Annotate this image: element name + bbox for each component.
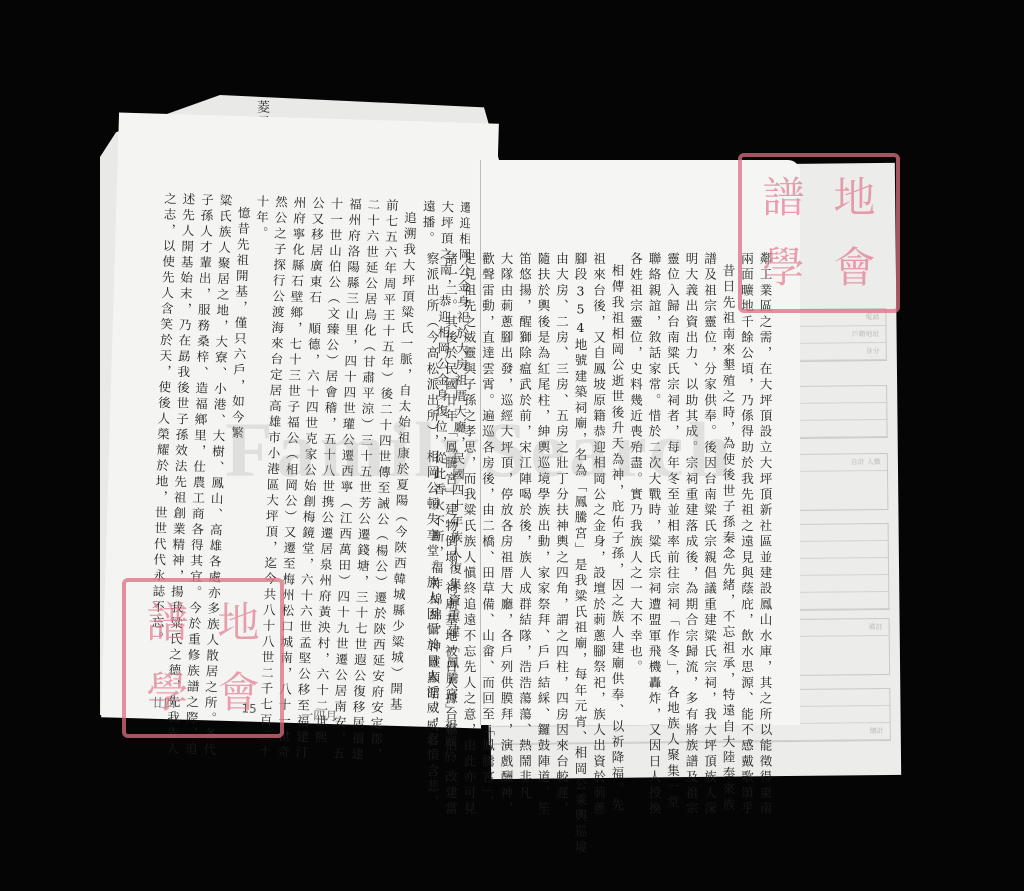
right-page-text: 鄰工業區之需，在大坪頂設立大坪頂新社區並建設鳳山水庫，其之所以能徵得東南兩面曠地… [423,252,775,856]
seal-char: 學 [748,233,819,303]
seal-stamp: 譜 地 學 會 [122,578,284,738]
form-row [796,524,888,542]
text-column: 諸一二。其後於民國廿年「鳳騰宮」建物倒塌，祠廟基地被日人據台竊佔，改建當 [441,252,460,856]
text-column: 靈位入歸台南粱氏宗祠者，每年冬至並相率前往宗祠「作冬」，各地族人聚集一堂 [663,252,682,856]
text-column: 祖來台後，又自鳳坡原籍恭迎相岡公之金身，設壇於莿蔥腳祭祀，族人出資於莿蔥 [589,252,608,856]
form-row: 備註 [797,619,889,637]
form-box-2 [793,385,888,439]
seal-char: 譜 [132,588,203,658]
text-column: 腳段354地號建築祠廟，名為「鳳騰宮」是我粱氏祖廟，每年元宵、相岡公乘輿巡境 [571,252,590,856]
text-column: 譜及祖宗靈位，分家供奉。後因台南粱氏宗親倡議重建粱氏宗祠，我大坪頂族人深 [700,252,719,856]
text-column: 察派出所（今高松派出所），相岡公頓失享堂。族人因懾於日人淫威，忍憤含悲， [423,252,442,856]
seal-stamp: 譜 地 學 會 [738,153,900,313]
form-row [794,420,886,438]
text-column: 笛悠揚，醒獅除瘟武於前，宋江陣喝於後，族人成群結隊，浩浩蕩蕩、熱鬧非凡 [515,252,534,856]
form-box-5: 備註 [796,618,891,676]
form-row [796,575,888,593]
form-row [794,386,886,404]
text-column: 相傳我祖相岡公逝世後升天為神，庇佑子孫，因之族人建廟供奉、以祈降福。先 [608,252,627,856]
text-column: 隨扶於輿後是為紅尾柱，紳輿巡境學族出動，家家祭拜、戶戶結綵、鑼鼓陣道、笙 [534,252,553,856]
seal-char: 譜 [748,163,819,233]
text-column: 兩面曠地千餘公頃，乃係得助於我先祖之遠見與蔭庇，飲水思源、能不感戴歌頌乎 [737,252,756,856]
text-column: 大隊由莿蔥腳出發，巡經大坪頂，停放各房祖厝大廳，各戶列供膜拜，演戲酬神， [497,252,516,856]
seal-char: 學 [132,658,203,728]
watermark: FamilySearch [225,405,735,495]
seal-char: 會 [203,658,274,728]
form-row: 戶籍地址 [785,326,885,344]
form-row: 合計 人數 [795,454,887,472]
form-row [796,558,888,576]
form-box-4 [795,523,890,611]
text-column: 明大義出資出力、以助其成。宗祠重建落成後，為期合宗歸流，多有將族譜及祖宗 [682,252,701,856]
text-column: 足見祖先之威靈與子孫之孝思，而我粱氏族人愼終追遠不忘先人之意，由此亦可見 [460,252,479,856]
form-row [796,541,888,559]
seal-char: 地 [819,163,890,233]
form-row: 身分 [786,343,886,361]
text-column: 聯絡親誼，敘話家常。惜於二次大戰時，粱氏宗祠遭盟軍飛機轟炸，又因日人授換 [645,252,664,856]
form-row [794,403,886,421]
seal-char: 地 [203,588,274,658]
pencil-page-mark: 一四月 [301,706,338,724]
text-column: 鄰工業區之需，在大坪頂設立大坪頂新社區並建設鳳山水庫，其之所以能徵得東南 [756,252,775,856]
seal-char: 會 [819,233,890,303]
form-row [796,592,888,610]
text-column: 歡聲雷動，直達雲霄。遍巡各房後，由二橋、田草備、山畲、而回至「鳳騰宮」， [478,252,497,856]
text-column: 昔日先祖南來墾殖之時，為使後世子孫秦念先緒，不忘祖承，特遠自大陸奉來族 [719,252,738,856]
text-column: 各姓祖宗靈位，史料幾近喪殆盡。實乃我族人之一大不幸也。 [626,252,645,856]
text-column: 由大房、二房、三房、五房之壯丁分扶神輿之四角，謂之四柱，四房因來台較遲， [552,252,571,856]
form-box-3: 合計 人數 [794,453,889,511]
